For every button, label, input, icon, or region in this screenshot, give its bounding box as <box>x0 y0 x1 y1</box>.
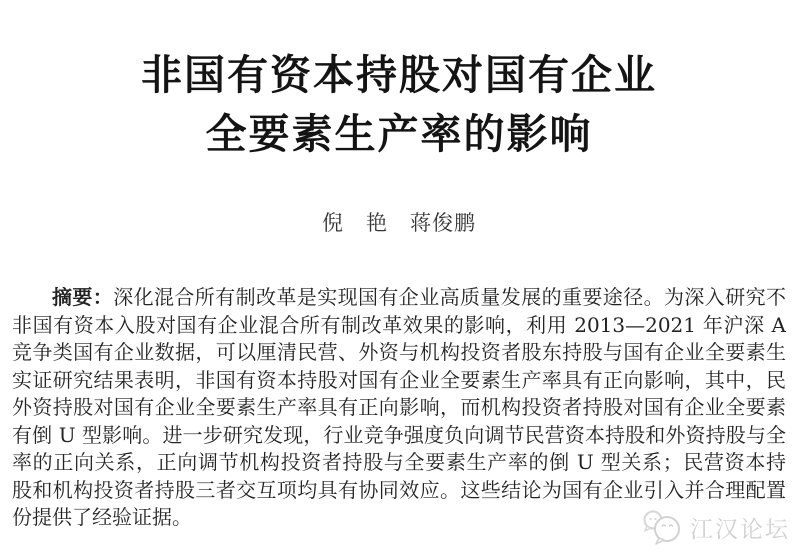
title-line-1: 非国有资本持股对国有企业 <box>0 46 798 105</box>
abstract-line: 非国有资本入股对国有企业混合所有制改革效果的影响，利用 2013—2021 年沪… <box>12 312 786 340</box>
abstract-line: 实证研究结果表明，非国有资本持股对国有企业全要素生产率具有正向影响，其中，民营资… <box>12 367 786 395</box>
abstract-line: 股和机构投资者持股三者交互项均具有协同效应。这些结论为国有企业引入并合理配置非国… <box>12 477 786 505</box>
title-line-2: 全要素生产率的影响 <box>0 105 798 164</box>
abstract-line: 有倒 U 型影响。进一步研究发现，行业竞争强度负向调节民营资本持股和外资持股与全… <box>12 422 786 450</box>
article-page: 非国有资本持股对国有企业 全要素生产率的影响 倪 艳 蒋俊鹏 摘要：深化混合所有… <box>0 0 798 556</box>
abstract-line: 摘要：深化混合所有制改革是实现国有企业高质量发展的重要途径。为深入研究不同性质的 <box>12 284 786 312</box>
abstract-section: 摘要：深化混合所有制改革是实现国有企业高质量发展的重要途径。为深入研究不同性质的… <box>12 284 786 532</box>
watermark: 江汉论坛 <box>641 508 790 546</box>
watermark-text: 江汉论坛 <box>690 511 790 544</box>
abstract-label: 摘要： <box>52 287 113 309</box>
abstract-line: 率的正向关系，正向调节机构投资者持股与全要素生产率的倒 U 型关系；民营资本持股… <box>12 449 786 477</box>
abstract-line: 外资持股对国有企业全要素生产率具有正向影响，而机构投资者持股对国有企业全要素生产… <box>12 394 786 422</box>
abstract-text: 深化混合所有制改革是实现国有企业高质量发展的重要途径。为深入研究不同性质的 <box>12 285 786 312</box>
authors: 倪 艳 蒋俊鹏 <box>0 210 798 236</box>
article-title: 非国有资本持股对国有企业 全要素生产率的影响 <box>0 46 798 164</box>
abstract-line: 竞争类国有企业数据，可以厘清民营、外资与机构投资者股东持股与国有企业全要素生产率… <box>12 339 786 367</box>
chat-bubbles-icon <box>641 508 685 546</box>
